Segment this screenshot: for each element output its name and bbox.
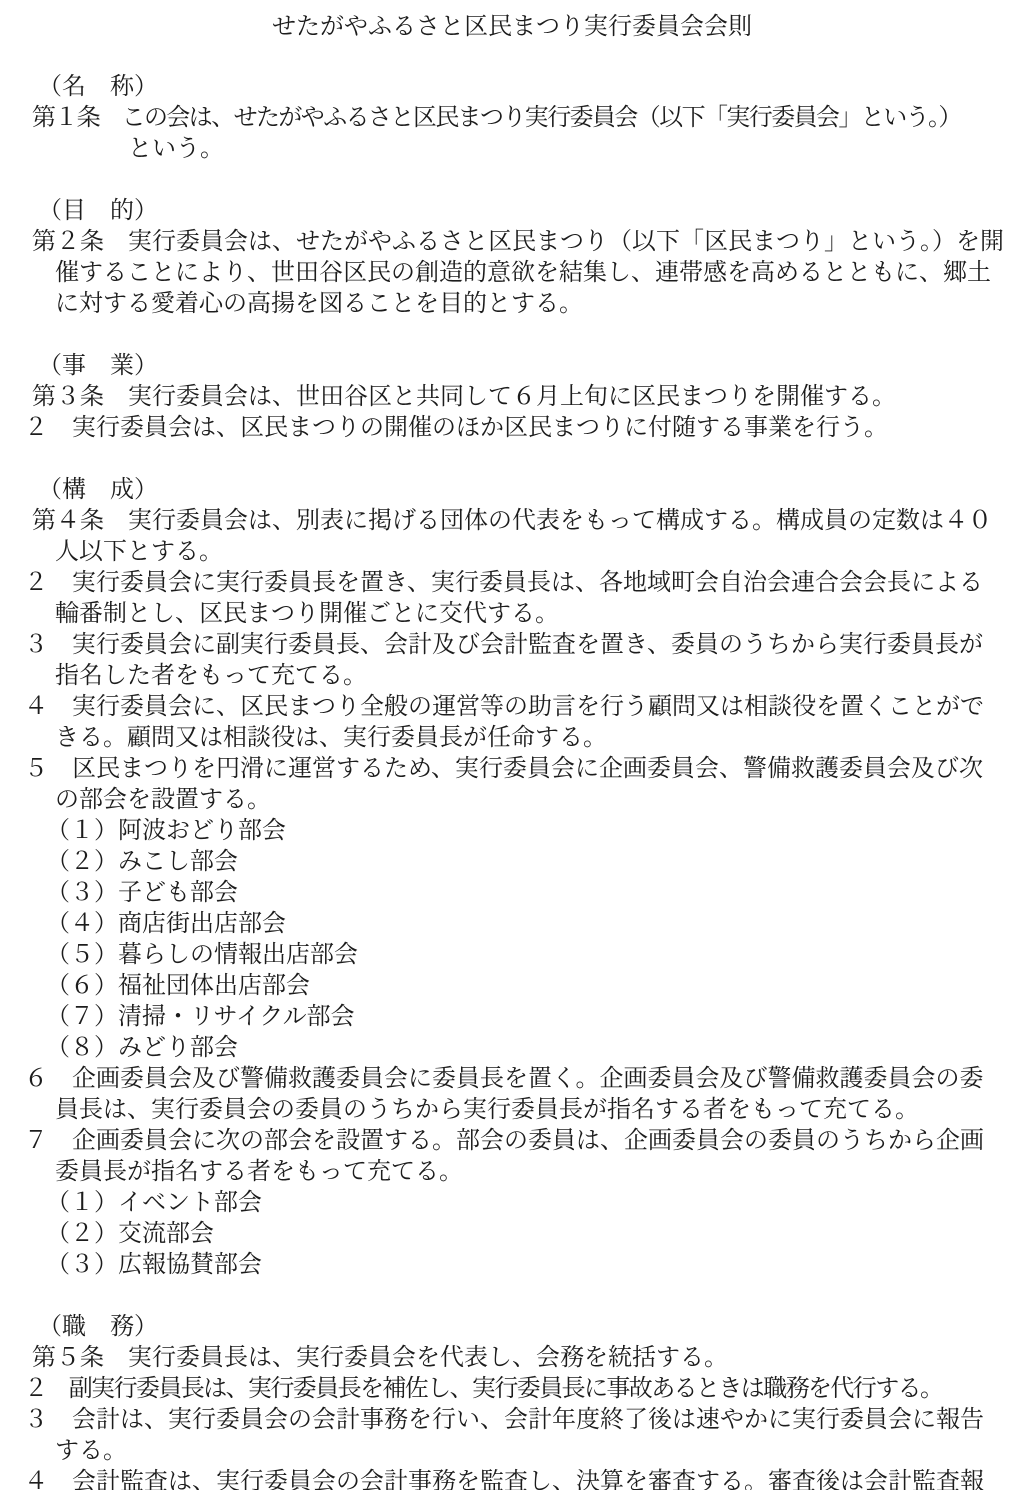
- subcommittee-item-4: （４）商店街出店部会: [0, 909, 1024, 940]
- document-title: せたがやふるさと区民まつり実行委員会会則: [0, 0, 1024, 44]
- clause-continuation: する。: [0, 1436, 1024, 1467]
- section-heading-name: （名 称）: [0, 72, 1024, 103]
- article-4-clause-5: ５ 区民まつりを円滑に運営するため、実行委員会に企画委員会、警備救護委員会及び次: [0, 754, 1024, 785]
- planning-subcommittee-item-3: （３）広報協賛部会: [0, 1250, 1024, 1281]
- article-3-line: 第３条 実行委員会は、世田谷区と共同して６月上旬に区民まつりを開催する。: [0, 382, 1024, 413]
- clause-continuation: の部会を設置する。: [0, 785, 1024, 816]
- clause-continuation: 輪番制とし、区民まつり開催ごとに交代する。: [0, 599, 1024, 630]
- subcommittee-item-6: （６）福祉団体出店部会: [0, 971, 1024, 1002]
- article-4-clause-7: ７ 企画委員会に次の部会を設置する。部会の委員は、企画委員会の委員のうちから企画: [0, 1126, 1024, 1157]
- subcommittee-item-1: （１）阿波おどり部会: [0, 816, 1024, 847]
- article-4-clause-4: ４ 実行委員会に、区民まつり全般の運営等の助言を行う顧問又は相談役を置くことがで: [0, 692, 1024, 723]
- clause-continuation: 員長は、実行委員会の委員のうちから実行委員長が指名する者をもって充てる。: [0, 1095, 1024, 1126]
- article-5-clause-3: ３ 会計は、実行委員会の会計事務を行い、会計年度終了後は速やかに実行委員会に報告: [0, 1405, 1024, 1436]
- article-5-line: 第５条 実行委員長は、実行委員会を代表し、会務を統括する。: [0, 1343, 1024, 1374]
- planning-subcommittee-item-1: （１）イベント部会: [0, 1188, 1024, 1219]
- subcommittee-item-8: （８）みどり部会: [0, 1033, 1024, 1064]
- article-4-clause-6: ６ 企画委員会及び警備救護委員会に委員長を置く。企画委員会及び警備救護委員会の委: [0, 1064, 1024, 1095]
- article-4-clause-2: ２ 実行委員会に実行委員長を置き、実行委員長は、各地域町会自治会連合会会長による: [0, 568, 1024, 599]
- planning-subcommittee-item-2: （２）交流部会: [0, 1219, 1024, 1250]
- subcommittee-item-7: （７）清掃・リサイクル部会: [0, 1002, 1024, 1033]
- subcommittee-item-3: （３）子ども部会: [0, 878, 1024, 909]
- section-heading-purpose: （目 的）: [0, 196, 1024, 227]
- article-4-line: 第４条 実行委員会は、別表に掲げる団体の代表をもって構成する。構成員の定数は４０: [0, 506, 1024, 537]
- article-5-clause-2: ２ 副実行委員長は、実行委員長を補佐し、実行委員長に事故あるときは職務を代行する…: [0, 1374, 1024, 1405]
- section-heading-duties: （職 務）: [0, 1312, 1024, 1343]
- article-1-continuation: という。: [0, 134, 1024, 165]
- section-heading-composition: （構 成）: [0, 475, 1024, 506]
- article-1-line: 第１条 この会は、せたがやふるさと区民まつり実行委員会（以下「実行委員会」という…: [0, 103, 1024, 134]
- subcommittee-item-2: （２）みこし部会: [0, 847, 1024, 878]
- clause-continuation: 指名した者をもって充てる。: [0, 661, 1024, 692]
- clause-continuation: きる。顧問又は相談役は、実行委員長が任命する。: [0, 723, 1024, 754]
- article-2-continuation: 催することにより、世田谷区民の創造的意欲を結集し、連帯感を高めるとともに、郷土: [0, 258, 1024, 289]
- article-2-continuation: に対する愛着心の高揚を図ることを目的とする。: [0, 289, 1024, 320]
- document-page: せたがやふるさと区民まつり実行委員会会則 （名 称） 第１条 この会は、せたがや…: [0, 0, 1024, 1490]
- clause-continuation: 委員長が指名する者をもって充てる。: [0, 1157, 1024, 1188]
- section-heading-business: （事 業）: [0, 351, 1024, 382]
- article-3-clause-2: ２ 実行委員会は、区民まつりの開催のほか区民まつりに付随する事業を行う。: [0, 413, 1024, 444]
- article-5-clause-4: ４ 会計監査は、実行委員会の会計事務を監査し、決算を審査する。審査後は会計監査報: [0, 1467, 1024, 1490]
- article-4-clause-3: ３ 実行委員会に副実行委員長、会計及び会計監査を置き、委員のうちから実行委員長が: [0, 630, 1024, 661]
- article-2-line: 第２条 実行委員会は、せたがやふるさと区民まつり（以下「区民まつり」という。）を…: [0, 227, 1024, 258]
- article-4-continuation: 人以下とする。: [0, 537, 1024, 568]
- subcommittee-item-5: （５）暮らしの情報出店部会: [0, 940, 1024, 971]
